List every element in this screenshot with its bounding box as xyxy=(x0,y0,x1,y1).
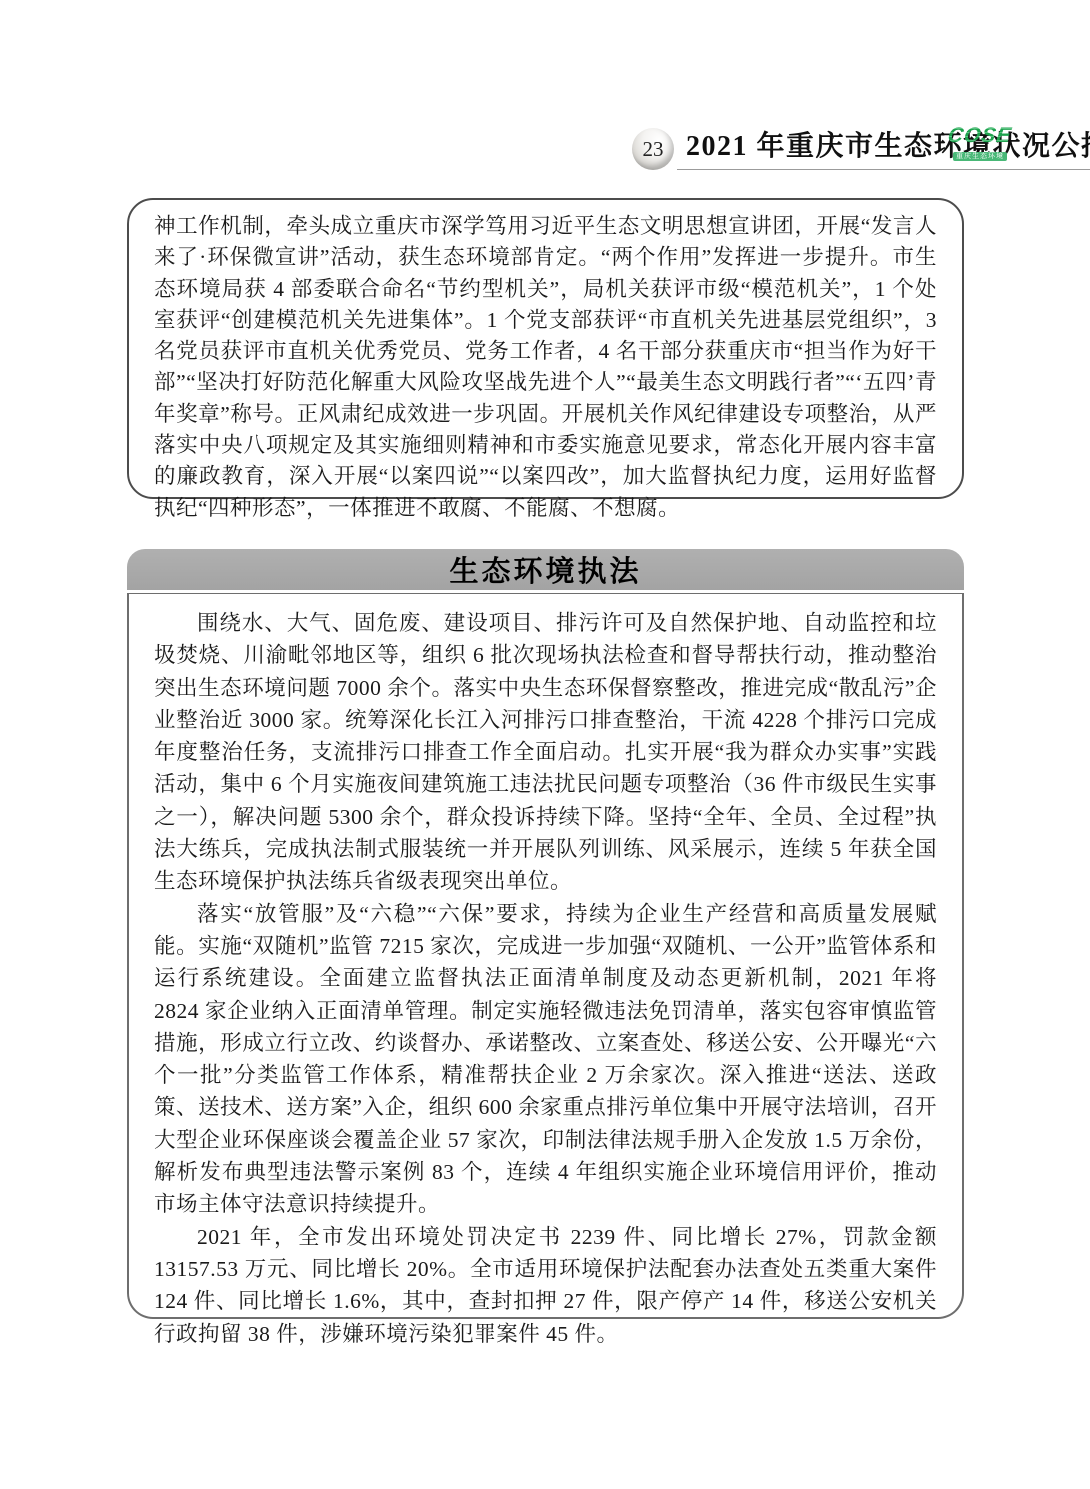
page-number-badge: 23 xyxy=(632,128,674,170)
section-header-bar: 生态环境执法 xyxy=(127,549,964,590)
page-title: 2021 年重庆市生态环境状况公报 xyxy=(686,124,1090,164)
logo-wordmark: COSE xyxy=(946,125,1013,146)
header-divider xyxy=(677,169,1090,170)
body-paragraph: 落实“放管服”及“六稳”“六保”要求，持续为企业生产经营和高质量发展赋能。实施“… xyxy=(154,898,937,1221)
continuation-paragraph: 神工作机制，牵头成立重庆市深学笃用习近平生态文明思想宣讲团，开展“发言人来了·环… xyxy=(154,211,937,524)
section-content-box: 围绕水、大气、固危废、建设项目、排污许可及自然保护地、自动监控和垃圾焚烧、川渝毗… xyxy=(127,593,964,1319)
publisher-logo: COSE 重庆生态环境 xyxy=(941,125,1019,162)
page-number: 23 xyxy=(643,137,664,162)
body-paragraph: 2021 年，全市发出环境处罚决定书 2239 件、同比增长 27%，罚款金额 … xyxy=(154,1221,937,1350)
body-paragraph: 围绕水、大气、固危废、建设项目、排污许可及自然保护地、自动监控和垃圾焚烧、川渝毗… xyxy=(154,607,937,898)
section-title: 生态环境执法 xyxy=(449,549,641,590)
continuation-text-box: 神工作机制，牵头成立重庆市深学笃用习近平生态文明思想宣讲团，开展“发言人来了·环… xyxy=(127,198,964,499)
bulletin-page: 23 2021 年重庆市生态环境状况公报 COSE 重庆生态环境 神工作机制，牵… xyxy=(0,0,1090,1489)
logo-subtext: 重庆生态环境 xyxy=(953,152,1007,161)
